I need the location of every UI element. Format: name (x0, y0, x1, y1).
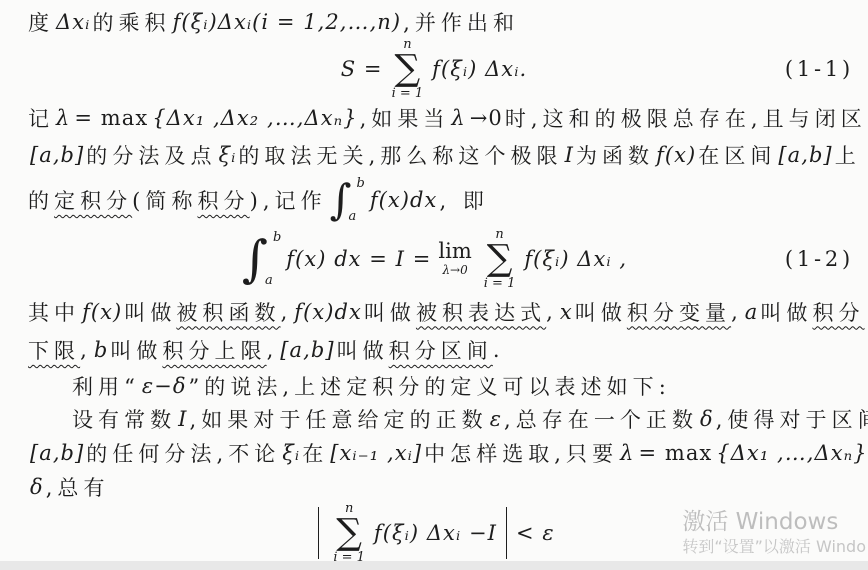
integral-limits: b a (267, 231, 281, 287)
summation-symbol: n ∑ i = 1 (484, 228, 516, 290)
text-segment: δ (698, 407, 716, 431)
bottom-edge-strip (0, 561, 868, 570)
text-segment: f(x)dx (292, 300, 364, 324)
text-segment: 的分法及点 (86, 140, 216, 170)
text-segment: ε−δ (140, 374, 189, 398)
text-segment: 在 (302, 438, 328, 468)
text-segment: λ (449, 106, 467, 130)
text-segment: 的乘积 (92, 7, 170, 37)
text-segment: 利用“ (72, 371, 140, 401)
text-segment: ,总有 (46, 472, 110, 502)
formula-body: f(ξᵢ) Δxᵢ −I (372, 521, 499, 545)
text-segment: [a,b] (28, 441, 86, 465)
text-segment: 设有常数 (72, 404, 176, 434)
sum-lower-limit: i = 1 (484, 277, 516, 290)
text-segment: f(x) (80, 300, 124, 324)
text-segment: 时,这和的极限总存在,且与闭区间 (505, 103, 868, 133)
text-line-1: 度 Δxᵢ的乘积 f(ξᵢ)Δxᵢ(i = 1,2,…,n),并作出和 (28, 6, 868, 38)
text-segment: ,如果当 (360, 103, 450, 133)
text-segment: , (281, 300, 293, 324)
text-segment: ),记作 (250, 185, 327, 215)
sigma-glyph: ∑ (336, 515, 362, 551)
equation-number: (1-1) (785, 57, 854, 81)
text-segment: {Δx₁ ,Δx₂ ,…,Δxₙ} (150, 106, 359, 130)
formula-rhs: f(ξᵢ) Δxᵢ. (430, 57, 529, 81)
text-line-2: 记 λ = max{Δx₁ ,Δx₂ ,…,Δxₙ},如果当 λ→0 时,这和的… (28, 100, 868, 136)
text-segment: 上 (835, 140, 861, 170)
formula-rhs: < ε (514, 521, 557, 545)
text-segment: b (92, 338, 111, 362)
text-segment: λ (618, 441, 636, 465)
sigma-glyph: ∑ (395, 51, 421, 87)
text-segment: = max (636, 441, 714, 465)
text-segment: f(x) (654, 143, 698, 167)
left-absolute-bar (318, 507, 319, 559)
text-segment: 叫做 (760, 297, 812, 327)
text-segment: 叫做 (575, 297, 627, 327)
text-segment: →0 (468, 106, 505, 130)
formula-lhs: S = (339, 57, 385, 81)
text-segment: , (546, 300, 558, 324)
text-line-5: 其中 f(x) 叫做被积函数,f(x)dx 叫做被积表达式,x 叫做积分变量,a… (28, 292, 868, 331)
text-segment: x (558, 300, 575, 324)
text-segment: a (743, 300, 761, 324)
text-segment: ,使得对于区间 (716, 404, 868, 434)
text-line-9: [a,b] 的任何分法,不论 ξᵢ在[xᵢ₋₁ ,xᵢ]中怎样选取,只要 λ =… (28, 435, 868, 470)
text-segment: , (267, 338, 279, 362)
text-line-10: δ,总有 (28, 470, 868, 503)
sum-lower-limit: i = 1 (392, 87, 424, 100)
text-segment: ”的说法,上述定积分的定义可以表述如下: (189, 371, 671, 401)
text-segment: 记 (28, 103, 54, 133)
text-segment: 叫做 (110, 335, 162, 365)
text-segment: f(x)dx (368, 188, 440, 212)
text-segment: 下限 (28, 335, 80, 365)
lim-glyph: lim (438, 241, 471, 262)
integral-lower-limit: a (349, 210, 365, 223)
page-content: 度 Δxᵢ的乘积 f(ξᵢ)Δxᵢ(i = 1,2,…,n),并作出和 S = … (0, 0, 868, 570)
text-segment: 积分 (198, 185, 250, 215)
text-segment: . (493, 338, 505, 362)
text-segment: I (563, 143, 576, 167)
text-segment: 积分区间 (389, 335, 493, 365)
text-line-3: [a,b]的分法及点 ξᵢ的取法无关,那么称这个极限 I 为函数 f(x) 在区… (28, 136, 868, 174)
integral-lower-limit: a (265, 274, 281, 287)
text-line-6: 下限,b 叫做积分上限,[a,b]叫做积分区间. (28, 331, 868, 369)
text-segment: 积分 (812, 297, 864, 327)
text-segment: ,如果对于任意给定的正数 (190, 404, 488, 434)
equation-number: (1-2) (785, 247, 854, 271)
text-segment: 叫做 (337, 335, 389, 365)
text-segment: δ (28, 475, 46, 499)
text-segment: , 即 (439, 185, 488, 215)
limit-operator: lim λ→0 (438, 241, 471, 278)
text-segment: , (731, 300, 743, 324)
summation-symbol: n ∑ i = 1 (392, 38, 424, 100)
formula-rhs: f(ξᵢ) Δxᵢ , (522, 247, 629, 271)
text-segment: = max (72, 106, 150, 130)
integral-limits: ba (351, 177, 365, 223)
text-segment: ,并作出和 (403, 7, 519, 37)
text-segment: (简称 (132, 185, 197, 215)
sigma-glyph: ∑ (487, 241, 513, 277)
text-segment: 中怎样选取,只要 (424, 438, 618, 468)
text-segment: Δxᵢ (54, 10, 92, 34)
text-segment: 度 (28, 7, 54, 37)
text-segment: , (80, 338, 92, 362)
text-segment: 叫做 (124, 297, 176, 327)
text-segment: {Δx₁ ,…,Δxₙ} (714, 441, 868, 465)
text-segment: 其中 (28, 297, 80, 327)
text-segment: 被积表达式 (416, 297, 546, 327)
integral-sign: ∫ b a (242, 231, 281, 287)
text-segment: 的 (28, 185, 54, 215)
integral-upper-limit: b (357, 177, 365, 190)
text-segment: I (176, 407, 189, 431)
text-segment: [a,b] (28, 143, 86, 167)
lim-subscript: λ→0 (442, 264, 467, 278)
text-line-8: 设有常数 I,如果对于任意给定的正数 ε,总存在一个正数 δ,使得对于区间 (28, 402, 868, 435)
text-line-7: 利用“ε−δ”的说法,上述定积分的定义可以表述如下: (28, 369, 868, 402)
inequality-formula: n ∑ i = 1 f(ξᵢ) Δxᵢ −I < ε (28, 503, 868, 563)
text-segment: 被积函数 (176, 297, 280, 327)
integral-upper-limit: b (273, 231, 281, 244)
integral-sign: ∫ba (330, 177, 365, 223)
text-segment: 的任何分法,不论 (86, 438, 280, 468)
text-segment: [xᵢ₋₁ ,xᵢ] (328, 441, 424, 465)
scanned-textbook-page: { "page": {"bg": "#fbfbfa", "ink": "#1d1… (0, 0, 868, 570)
formula-mid: f(x) dx = I = (284, 247, 433, 271)
summation-symbol: n ∑ i = 1 (333, 502, 365, 564)
text-segment: f(ξᵢ)Δxᵢ(i = 1,2,…,n) (171, 10, 404, 34)
text-segment: 为函数 (576, 140, 654, 170)
text-line-4: 的定积分(简称积分),记作 ∫baf(x)dx, 即 (28, 174, 868, 226)
right-absolute-bar (506, 507, 507, 559)
text-segment: ξᵢ (280, 441, 302, 465)
text-segment: λ (54, 106, 72, 130)
text-segment: ξᵢ (216, 143, 238, 167)
text-segment: [a,b] (776, 143, 834, 167)
equation-1-2: ∫ b a f(x) dx = I = lim λ→0 n ∑ i = 1 f(… (28, 226, 868, 292)
text-segment: 积分变量 (627, 297, 731, 327)
text-segment: [a,b] (278, 338, 336, 362)
text-segment: 的取法无关,那么称这个极限 (238, 140, 562, 170)
text-segment: 叫做 (364, 297, 416, 327)
text-segment: 定积分 (54, 185, 132, 215)
equation-1-1: S = n ∑ i = 1 f(ξᵢ) Δxᵢ. (1-1) (28, 38, 868, 100)
text-segment: 在区间 (698, 140, 776, 170)
text-segment: 积分上限 (162, 335, 266, 365)
text-segment: ε (488, 407, 504, 431)
text-segment: ,总存在一个正数 (504, 404, 698, 434)
